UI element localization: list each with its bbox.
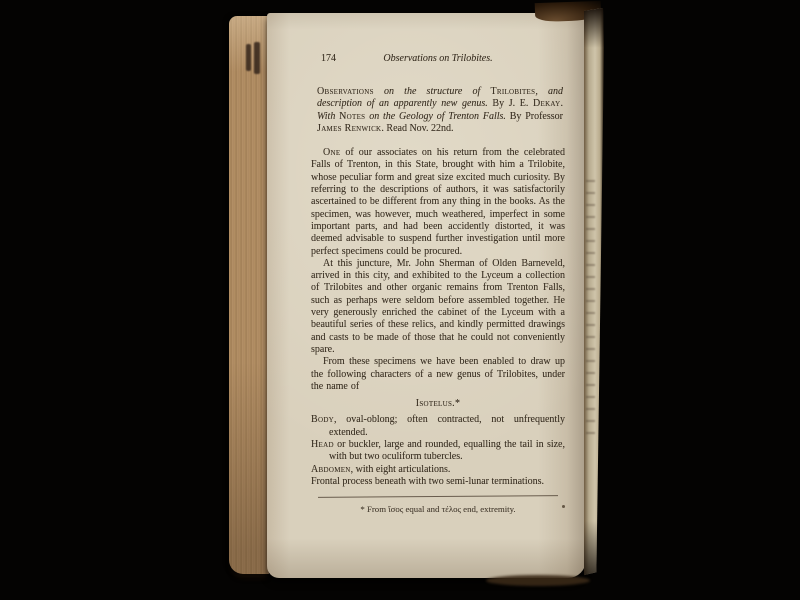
paragraph-3: From these specimens we have been enable…: [311, 356, 565, 393]
title-run: Observations: [317, 86, 374, 97]
title-run: Trilobites: [490, 86, 535, 97]
character-abdomen: Abdomen, with eight articulations.: [311, 464, 565, 476]
character-body: Body, oval-oblong; often contracted, not…: [311, 414, 565, 439]
paragraph-lead: One: [323, 147, 340, 158]
running-title: Observations on Trilobites.: [311, 53, 565, 65]
edge-stain: [254, 42, 260, 74]
character-text: , with eight articulations.: [351, 464, 451, 475]
paragraph-2: At this juncture, Mr. John Sherman of Ol…: [311, 258, 565, 356]
character-lead: Body: [311, 414, 334, 425]
paragraph-text: of our associates on his return from the…: [311, 147, 565, 256]
character-lead: Abdomen: [311, 464, 351, 475]
next-page-edge: [584, 8, 604, 578]
title-run: . Read Nov. 22nd.: [381, 123, 453, 134]
genus-heading: Isotelus.*: [311, 398, 565, 410]
edge-stain: [246, 44, 251, 71]
footnote-rule: [318, 495, 558, 498]
character-frontal-process: Frontal process beneath with two semi-lu…: [311, 476, 565, 488]
character-text: Frontal process beneath with two semi-lu…: [311, 476, 544, 487]
page-bottom-curl: [486, 575, 590, 586]
page-number: 174: [321, 53, 336, 65]
book-photo: 174 Observations on Trilobites. Observat…: [0, 0, 800, 600]
next-page-text-smudges: [586, 180, 595, 442]
title-run: .: [561, 98, 564, 109]
title-run: By J. E.: [488, 98, 533, 109]
character-text: or buckler, large and rounded, equalling…: [329, 439, 565, 462]
page-header: 174 Observations on Trilobites.: [311, 53, 565, 66]
title-run: Dekay: [533, 98, 561, 109]
title-run: James Renwick: [317, 123, 381, 134]
title-run: on the structure of: [374, 86, 491, 97]
paragraph-1: One of our associates on his return from…: [311, 147, 565, 258]
page-content: 174 Observations on Trilobites. Observat…: [311, 53, 565, 516]
book-fore-edge: [229, 16, 269, 574]
character-lead: Head: [311, 439, 334, 450]
character-head: Head or buckler, large and rounded, equa…: [311, 439, 565, 464]
article-title: Observations on the structure of Trilobi…: [317, 86, 563, 135]
book-page: 174 Observations on Trilobites. Observat…: [267, 13, 586, 578]
footnote: * From ἴσος equal and τέλος end, extremi…: [311, 503, 565, 515]
title-run: By Professor: [506, 111, 563, 122]
title-run: Notes: [339, 111, 365, 122]
title-run: With: [317, 111, 339, 122]
character-text: , oval-oblong; often contracted, not unf…: [329, 414, 565, 437]
title-run: on the Geology of Trenton Falls.: [365, 111, 506, 122]
